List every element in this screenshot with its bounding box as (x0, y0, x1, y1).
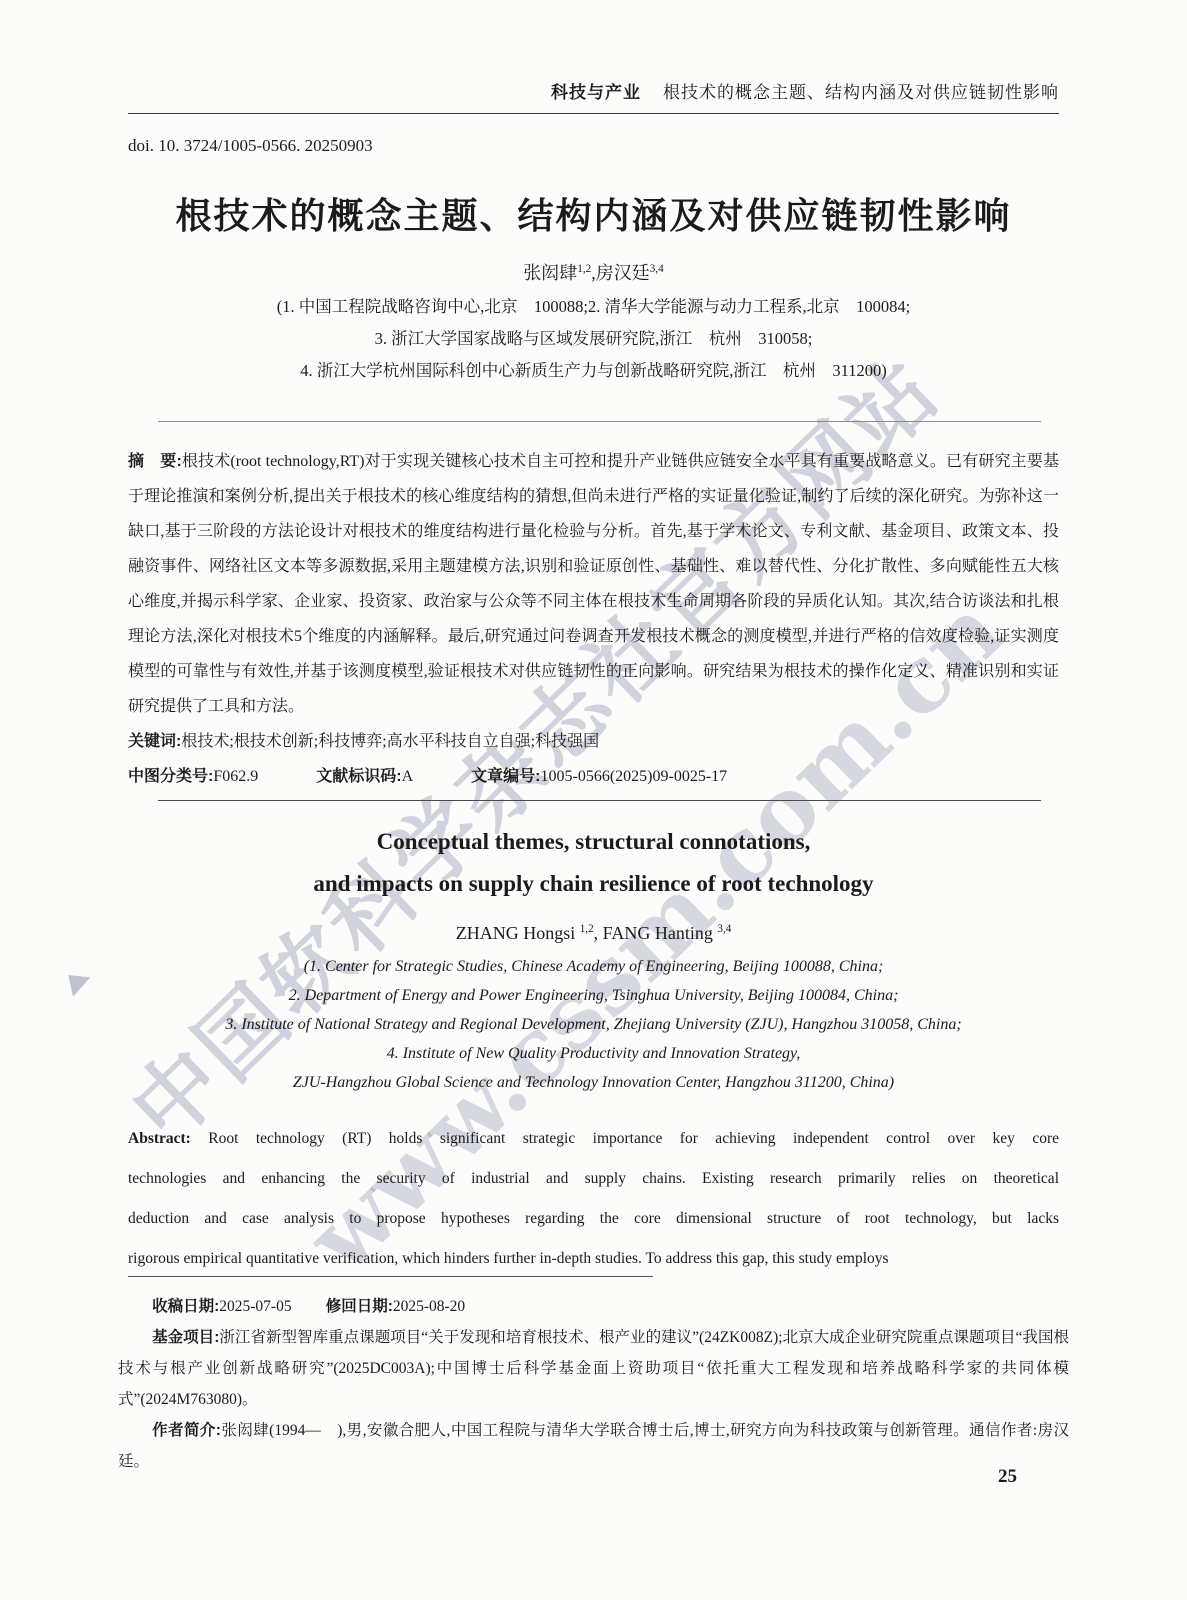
revised-label: 修回日期: (326, 1298, 393, 1315)
abstract-top-rule (158, 421, 1041, 422)
article-id-label: 文章编号: (471, 768, 540, 785)
affiliations-en: (1. Center for Strategic Studies, Chines… (128, 952, 1059, 1097)
affiliation-zh-line: 4. 浙江大学杭州国际科创中心新质生产力与创新战略研究院,浙江 杭州 31120… (128, 355, 1059, 387)
funding-text: 浙江省新型智库重点课题项目“关于发现和培育根技术、根产业的建议”(24ZK008… (118, 1329, 1069, 1408)
doi-text: doi. 10. 3724/1005-0566. 20250903 (128, 136, 1059, 156)
keywords-label: 关键词: (128, 733, 181, 750)
abstract-zh: 摘 要:根技术(root technology,RT)对于实现关键核心技术自主可… (128, 444, 1059, 724)
article-title-zh: 根技术的概念主题、结构内涵及对供应链韧性影响 (128, 188, 1059, 239)
abstract-en-line: rigorous empirical quantitative verifica… (128, 1239, 1059, 1279)
affiliation-en-line: (1. Center for Strategic Studies, Chines… (128, 952, 1059, 981)
affiliation-en-line: 4. Institute of New Quality Productivity… (128, 1039, 1059, 1068)
author-en-2: FANG Hanting (603, 923, 713, 943)
author-bio-text: 张闳肆(1994— ),男,安徽合肥人,中国工程院与清华大学联合博士后,博士,研… (118, 1422, 1069, 1470)
author-bio-label: 作者简介: (152, 1422, 221, 1439)
abstract-en: Abstract: Root technology (RT) holds sig… (128, 1119, 1059, 1279)
funding-label: 基金项目: (152, 1329, 219, 1346)
abstract-en-text: Root technology (RT) holds significant s… (191, 1130, 1059, 1147)
keywords-zh: 关键词:根技术;根技术创新;科技博弈;高水平科技自立自强;科技强国 (128, 724, 1059, 759)
affiliation-en-line: 2. Department of Energy and Power Engine… (128, 981, 1059, 1010)
abstract-en-line: Abstract: Root technology (RT) holds sig… (128, 1119, 1059, 1159)
affiliation-en-line: ZJU-Hangzhou Global Science and Technolo… (128, 1068, 1059, 1097)
classification-row: 中图分类号:F062.9 文献标识码:A 文章编号:1005-0566(2025… (128, 759, 1059, 794)
running-header: 科技与产业根技术的概念主题、结构内涵及对供应链韧性影响 (128, 78, 1059, 103)
abstract-zh-label: 摘 要: (128, 453, 182, 470)
page-content: 科技与产业根技术的概念主题、结构内涵及对供应链韧性影响 doi. 10. 372… (128, 0, 1059, 1279)
funding-line: 基金项目:浙江省新型智库重点课题项目“关于发现和培育根技术、根产业的建议”(24… (118, 1322, 1069, 1415)
journal-section-label: 科技与产业 (551, 83, 641, 102)
clc-label: 中图分类号: (128, 768, 213, 785)
author-bio-line: 作者简介:张闳肆(1994— ),男,安徽合肥人,中国工程院与清华大学联合博士后… (118, 1415, 1069, 1477)
title-en-line-2: and impacts on supply chain resilience o… (128, 863, 1059, 905)
abstract-en-line: technologies and enhancing the security … (128, 1159, 1059, 1199)
title-en-line-1: Conceptual themes, structural connotatio… (128, 821, 1059, 863)
header-rule (128, 113, 1059, 114)
footnote-block: 收稿日期:2025-07-05修回日期:2025-08-20 基金项目:浙江省新… (118, 1276, 1069, 1477)
doc-code-value: A (402, 768, 414, 785)
revised-date: 2025-08-20 (393, 1298, 465, 1315)
abstract-en-line: deduction and case analysis to propose h… (128, 1199, 1059, 1239)
abstract-bottom-rule (158, 800, 1041, 801)
authors-en: ZHANG Hongsi 1,2, FANG Hanting 3,4 (128, 923, 1059, 944)
article-id-value: 1005-0566(2025)09-0025-17 (541, 768, 728, 785)
affiliations-zh: (1. 中国工程院战略咨询中心,北京 100088;2. 清华大学能源与动力工程… (128, 291, 1059, 387)
author-zh-1: 张闳肆 (523, 263, 577, 283)
abstract-en-label: Abstract: (128, 1130, 191, 1147)
affiliation-zh-line: (1. 中国工程院战略咨询中心,北京 100088;2. 清华大学能源与动力工程… (128, 291, 1059, 323)
footnote-rule (128, 1276, 653, 1277)
running-title: 根技术的概念主题、结构内涵及对供应链韧性影响 (663, 83, 1059, 102)
author-en-1-sup: 1,2 (580, 923, 594, 935)
doc-code-label: 文献标识码: (316, 768, 401, 785)
watermark-arrow-icon (60, 965, 91, 996)
paper-page: 中国软科学杂志社官方网站 www.cssm.com.cn 科技与产业根技术的概念… (0, 0, 1187, 1600)
author-zh-2-sup: 3,4 (650, 263, 664, 275)
keywords-text: 根技术;根技术创新;科技博弈;高水平科技自立自强;科技强国 (181, 733, 599, 750)
author-zh-1-sup: 1,2 (577, 263, 591, 275)
authors-zh: 张闳肆1,2,房汉廷3,4 (128, 259, 1059, 285)
article-title-en: Conceptual themes, structural connotatio… (128, 821, 1059, 905)
dates-line: 收稿日期:2025-07-05修回日期:2025-08-20 (118, 1291, 1069, 1322)
affiliation-zh-line: 3. 浙江大学国家战略与区域发展研究院,浙江 杭州 310058; (128, 323, 1059, 355)
author-en-1: ZHANG Hongsi (456, 923, 576, 943)
author-zh-2: 房汉廷 (596, 263, 650, 283)
author-en-separator: , (594, 923, 603, 943)
abstract-zh-text: 根技术(root technology,RT)对于实现关键核心技术自主可控和提升… (128, 453, 1059, 715)
affiliation-en-line: 3. Institute of National Strategy and Re… (128, 1010, 1059, 1039)
page-number: 25 (998, 1466, 1017, 1488)
received-label: 收稿日期: (152, 1298, 219, 1315)
received-date: 2025-07-05 (219, 1298, 291, 1315)
author-en-2-sup: 3,4 (717, 923, 731, 935)
clc-value: F062.9 (213, 768, 258, 785)
